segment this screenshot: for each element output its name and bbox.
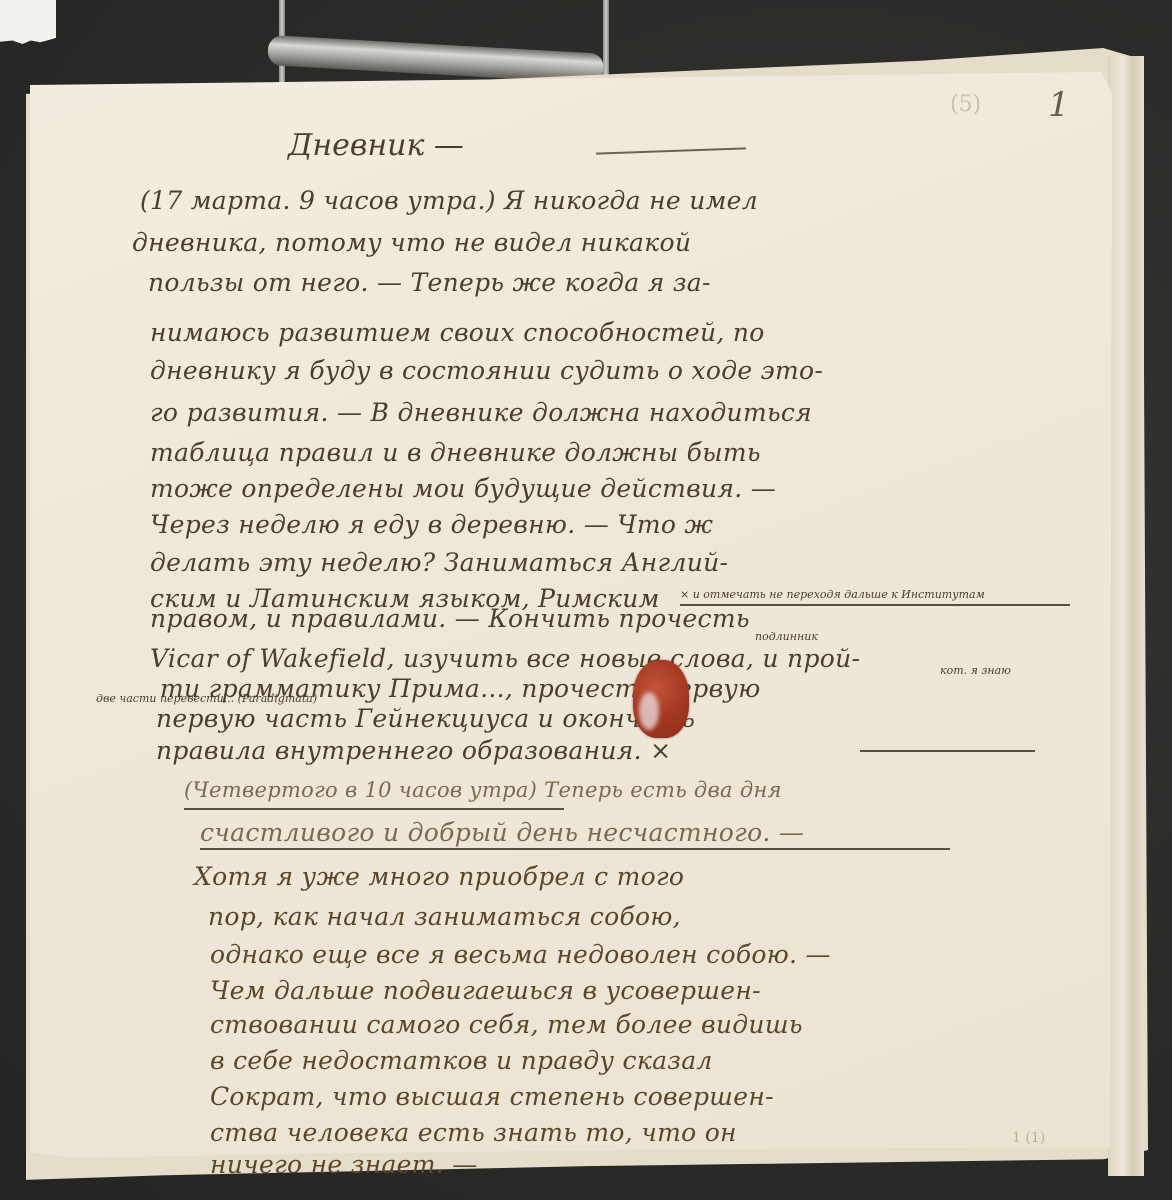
text-line: (17 марта. 9 часов утра.) Я никогда не и… xyxy=(140,186,758,215)
page-edges xyxy=(1108,56,1144,1176)
text-line: правила внутреннего образования. × xyxy=(156,736,671,765)
text-line: счастливого и добрый день несчастного. — xyxy=(200,818,804,847)
text-line: однако еще все я весьма недоволен собою.… xyxy=(210,940,831,969)
archive-footer-mark: 1 (1) xyxy=(1012,1130,1045,1146)
text-line: таблица правил и в дневнике должны быть xyxy=(150,438,761,467)
text-line: Сократ, что высшая степень совершен- xyxy=(210,1082,774,1111)
page-title: Дневник — xyxy=(288,128,464,163)
text-line: правом, и правилами. — Кончить прочесть xyxy=(150,604,750,633)
text-line: го развития. — В дневнике должна находит… xyxy=(150,398,812,427)
text-line: (Четвертого в 10 часов утра) Теперь есть… xyxy=(184,778,782,802)
marginal-note: кот. я знаю xyxy=(940,664,1011,677)
text-line: в себе недостатков и правду сказал xyxy=(210,1046,713,1075)
text-line: нимаюсь развитием своих способностей, по xyxy=(150,318,765,347)
text-line: ствовании самого себя, тем более видишь xyxy=(210,1010,803,1039)
text-line: Через неделю я еду в деревню. — Что ж xyxy=(150,510,713,539)
holder-rod-right xyxy=(603,0,609,82)
text-line: ства человека есть знать то, что он xyxy=(210,1118,737,1147)
text-line: делать эту неделю? Заниматься Англий- xyxy=(150,548,728,577)
text-line: Хотя я уже много приобрел с того xyxy=(194,862,684,891)
time-underline xyxy=(184,808,564,810)
paper-scrap xyxy=(0,0,56,44)
page-number: 1 xyxy=(1048,85,1070,125)
text-line: первую часть Гейнекциуса и окончить xyxy=(156,704,695,733)
archive-stamp-number: (5) xyxy=(950,92,981,117)
text-line: тоже определены мои будущие действия. — xyxy=(150,474,776,503)
text-line: дневника, потому что не видел никакой xyxy=(132,228,691,257)
text-line: пор, как начал заниматься собою, xyxy=(208,902,681,931)
text-line: дневнику я буду в состоянии судить о ход… xyxy=(150,356,823,385)
text-line: Vicar of Wakefield, изучить все новые сл… xyxy=(150,644,860,673)
marginal-note: × и отмечать не переходя дальше к Инстит… xyxy=(680,588,985,601)
text-line: Чем дальше подвигаешься в усовершен- xyxy=(210,976,761,1005)
marginal-note: подлинник xyxy=(755,630,818,643)
section-rule xyxy=(200,848,950,850)
section-rule xyxy=(860,750,1035,752)
text-line: ничего не знает. — xyxy=(210,1150,478,1179)
text-line: пользы от него. — Теперь же когда я за- xyxy=(148,268,711,297)
wax-seal-highlight xyxy=(639,692,659,730)
